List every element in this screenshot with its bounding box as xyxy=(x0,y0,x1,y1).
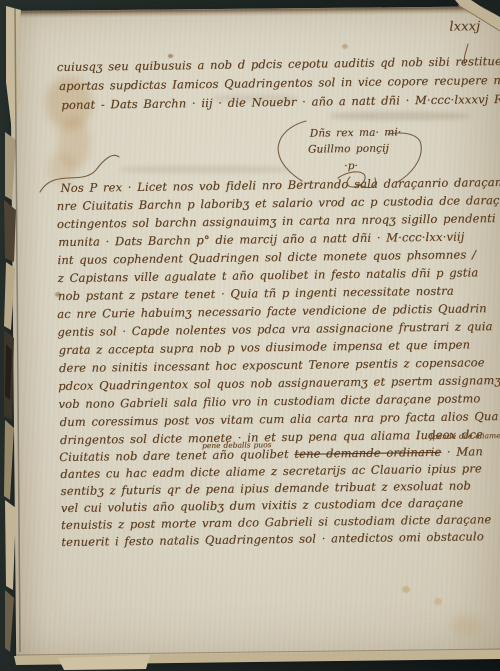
text-line: tenuerit i festo natalis Quadringentos s… xyxy=(61,531,484,548)
text-line: octingentos sol barchn assignauimʒ in ca… xyxy=(57,213,496,230)
text-line: ponat - Dats Barchn · iij · die Nouebr ·… xyxy=(61,93,500,111)
line-prefix: Ciuitatis nob dare tenet año quolibet xyxy=(59,447,294,464)
marginal-note: ſpende dce aliame xyxy=(430,432,500,440)
text-line: vob nono Gabrieli sala filio vro in cust… xyxy=(58,393,480,410)
text-line: grata z accepta supra nob p vos diusimod… xyxy=(59,339,471,356)
text-line: dum coressimus post vos vitam cum alia c… xyxy=(60,411,499,428)
text-line: nob pstant z pstare tenet · Quia tñ p in… xyxy=(58,286,454,303)
text-line: Nos P rex · Licet nos vob fideli nro Ber… xyxy=(60,177,500,195)
chancery-note-line: ·p· xyxy=(344,161,358,172)
text-line: dere no sinitis incessant hoc exposcunt … xyxy=(59,357,485,374)
text-line: z Capistans ville agualate t año quolibe… xyxy=(58,267,479,284)
text-line: pdcox Quadringentox sol quos nob assigna… xyxy=(58,375,500,393)
text-line: int quos cophendent Quadringen sol dicte… xyxy=(57,249,476,266)
text-line: tenuistis z post morte vram dco Gabrieli… xyxy=(61,514,491,531)
text-line: nre Ciuitatis Barchn p laboribʒ et salar… xyxy=(57,195,500,213)
text-line: dantes cu hac eadm dicte aliame z secret… xyxy=(60,463,482,480)
text-line: gentis sol · Capde nolentes vos pdca vra… xyxy=(57,321,492,338)
chancery-note-line: Guillmo ponçij xyxy=(308,144,389,156)
text-line: vel cui volutis año quolibʒ dum vixitis … xyxy=(61,498,464,515)
line-suffix: · Man xyxy=(441,444,483,459)
text-line: munita · Dats Barchn p° die marcij año a… xyxy=(58,231,464,248)
text-line: aportas supdictas Iamicos Quadringentos … xyxy=(59,74,500,92)
chancery-note-line: Dñs rex ma· mi· xyxy=(310,127,402,139)
manuscript-page-photo: lxxxj cuiusqʒ seu quibusuis a nob d pdci… xyxy=(0,0,500,671)
text-line: ac nre Curie habuimʒ necessario facte ve… xyxy=(57,303,487,320)
text-line: cuiusqʒ seu quibusuis a nob d pdcis cepo… xyxy=(57,56,500,74)
handwriting-layer: lxxxj cuiusqʒ seu quibusuis a nob d pdci… xyxy=(0,0,500,671)
struck-text: tene demande ordinarie xyxy=(294,445,441,461)
text-line: sentibʒ z futuris qr de pena ipius deman… xyxy=(61,480,471,497)
interlinear-note: pene deballs puos xyxy=(202,441,272,449)
folio-number: lxxxj xyxy=(449,20,480,33)
